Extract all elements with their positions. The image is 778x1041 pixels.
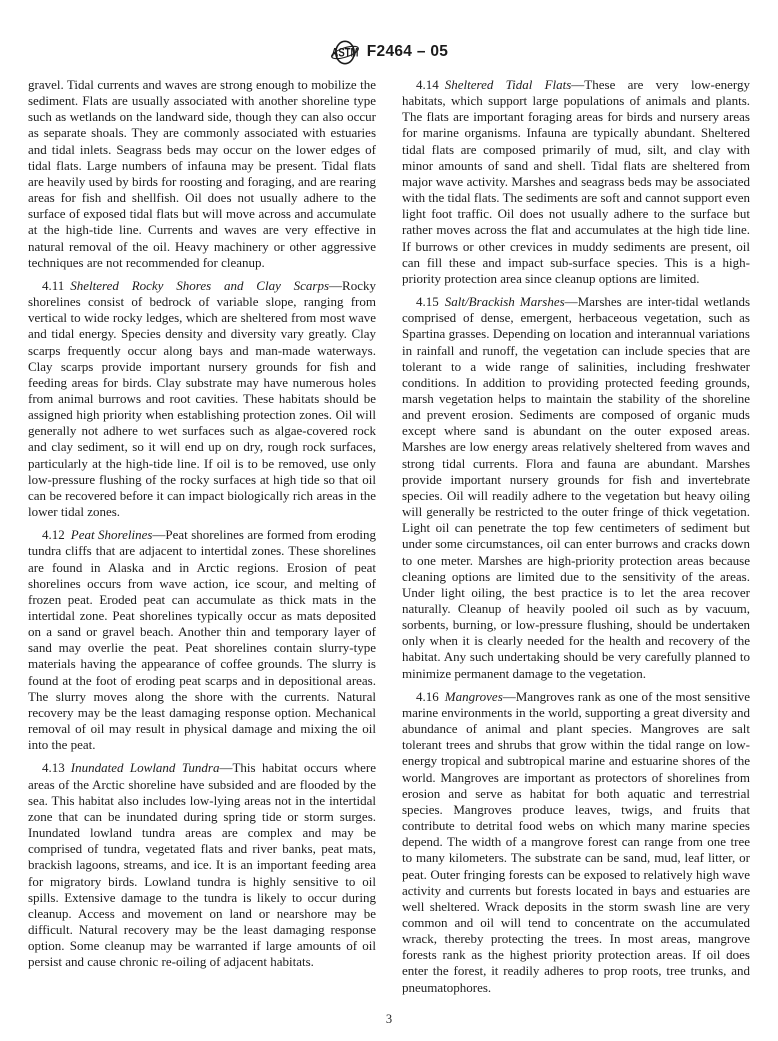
left-column: gravel. Tidal currents and waves are str… bbox=[28, 77, 376, 996]
document-header: ASTM F2464 – 05 bbox=[28, 38, 750, 66]
paragraph-4-10-continued: gravel. Tidal currents and waves are str… bbox=[28, 77, 376, 271]
section-number: 4.14 bbox=[416, 77, 439, 92]
section-title: Sheltered Rocky Shores and Clay Scarps bbox=[70, 278, 329, 293]
two-column-text: gravel. Tidal currents and waves are str… bbox=[28, 77, 750, 996]
section-title: Salt/Brackish Marshes bbox=[445, 294, 565, 309]
section-number: 4.15 bbox=[416, 294, 439, 309]
section-title: Peat Shorelines bbox=[71, 527, 153, 542]
section-title: Mangroves bbox=[445, 689, 503, 704]
paragraph-text: —Peat shorelines are formed from eroding… bbox=[28, 527, 376, 752]
paragraph-4-15: 4.15Salt/Brackish Marshes—Marshes are in… bbox=[402, 294, 750, 682]
paragraph-text: —Rocky shorelines consist of bedrock of … bbox=[28, 278, 376, 519]
section-number: 4.13 bbox=[42, 760, 65, 775]
paragraph-4-14: 4.14Sheltered Tidal Flats—These are very… bbox=[402, 77, 750, 287]
paragraph-4-13: 4.13Inundated Lowland Tundra—This habita… bbox=[28, 760, 376, 970]
document-page: ASTM F2464 – 05 gravel. Tidal currents a… bbox=[0, 0, 778, 1041]
section-title: Sheltered Tidal Flats bbox=[445, 77, 572, 92]
right-column: 4.14Sheltered Tidal Flats—These are very… bbox=[402, 77, 750, 996]
paragraph-text: —Mangroves rank as one of the most sensi… bbox=[402, 689, 750, 995]
page-footer: 3 bbox=[0, 1012, 778, 1027]
paragraph-4-12: 4.12Peat Shorelines—Peat shorelines are … bbox=[28, 527, 376, 753]
page-number: 3 bbox=[386, 1012, 392, 1026]
paragraph-text: —These are very low-energy habitats, whi… bbox=[402, 77, 750, 286]
paragraph-text: gravel. Tidal currents and waves are str… bbox=[28, 77, 376, 270]
designation-text: F2464 – 05 bbox=[367, 43, 448, 61]
section-number: 4.12 bbox=[42, 527, 65, 542]
section-number: 4.16 bbox=[416, 689, 439, 704]
paragraph-text: —This habitat occurs where areas of the … bbox=[28, 760, 376, 969]
section-title: Inundated Lowland Tundra bbox=[71, 760, 220, 775]
paragraph-4-16: 4.16Mangroves—Mangroves rank as one of t… bbox=[402, 689, 750, 996]
paragraph-text: —Marshes are inter-tidal wetlands compri… bbox=[402, 294, 750, 681]
section-number: 4.11 bbox=[42, 278, 64, 293]
paragraph-4-11: 4.11Sheltered Rocky Shores and Clay Scar… bbox=[28, 278, 376, 520]
astm-logo-icon: ASTM bbox=[330, 39, 360, 66]
